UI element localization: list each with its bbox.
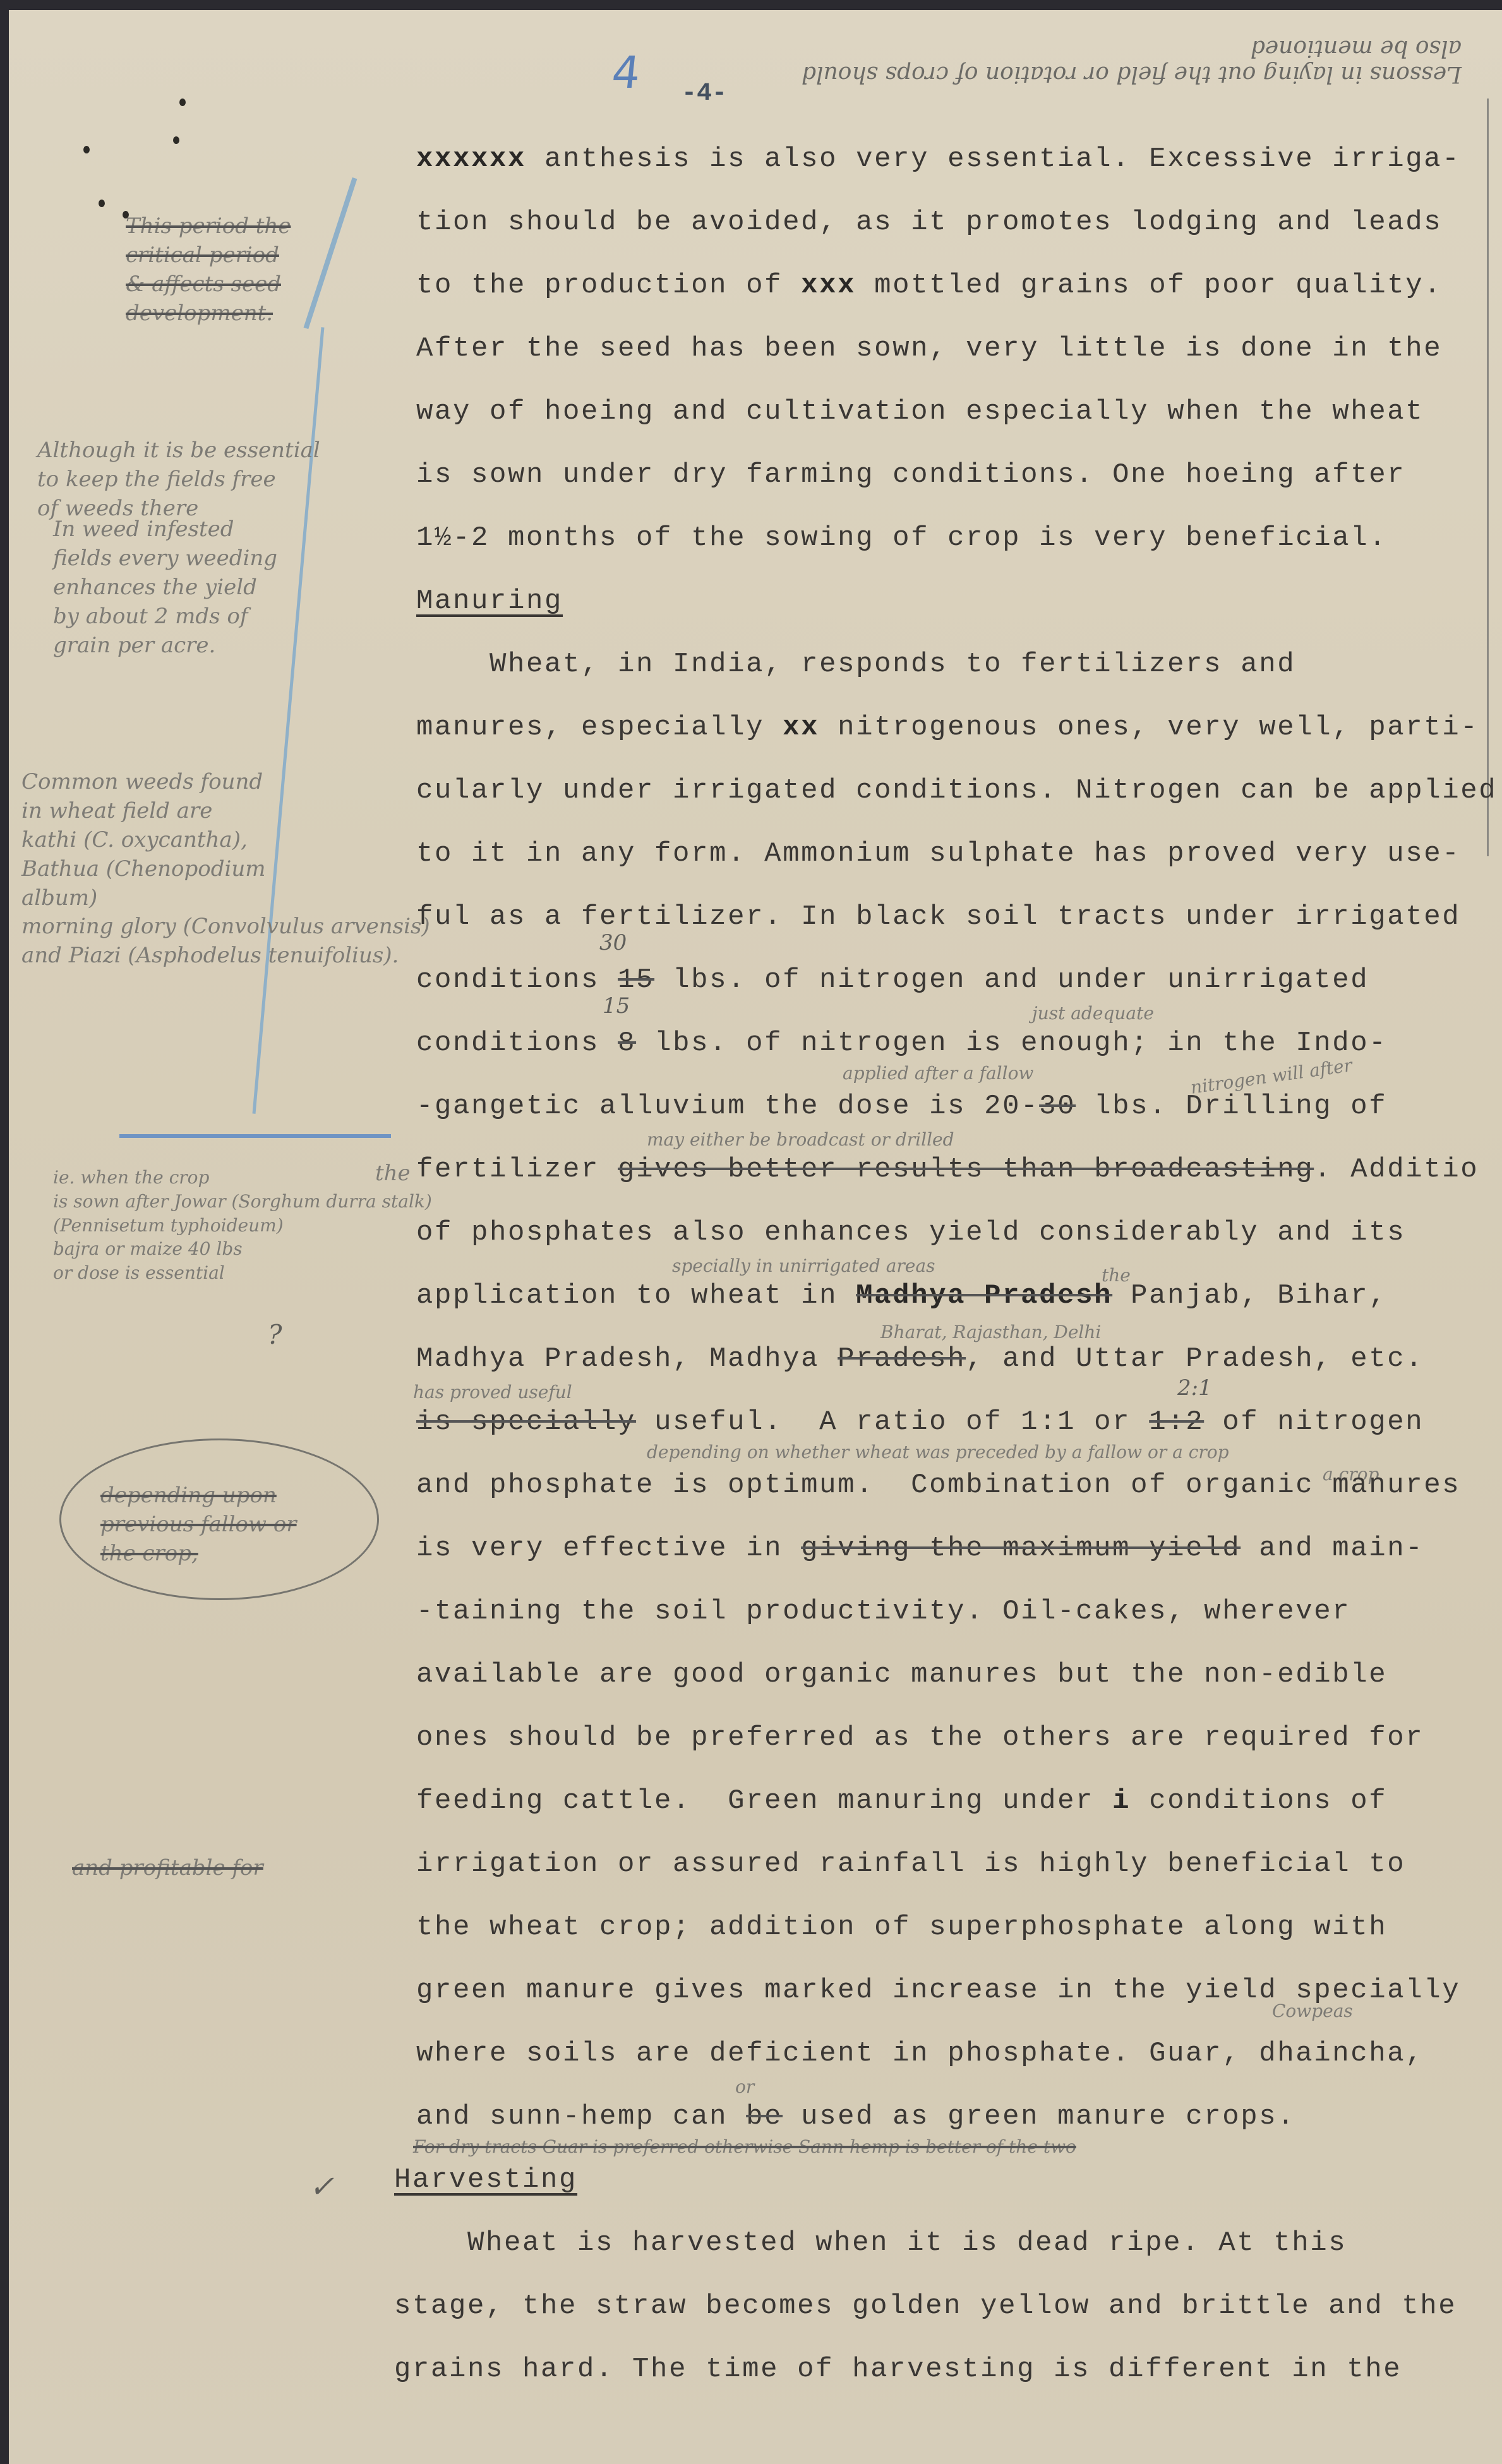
annotation-bharat-rajasthan-delhi: Bharat, Rajasthan, Delhi xyxy=(880,1320,1101,1344)
blue-pencil-line xyxy=(304,177,357,329)
typed-line: xxxxxx anthesis is also very essential. … xyxy=(416,145,1502,173)
margin-note-jowar-bajra: ie. when the crop is sown after Jowar (S… xyxy=(53,1166,432,1285)
typed-line: ones should be preferred as the others a… xyxy=(416,1724,1502,1752)
typed-line: Wheat is harvested when it is dead ripe.… xyxy=(394,2229,1481,2257)
typed-line: -gangetic alluvium the dose is 20-30 lbs… xyxy=(416,1092,1502,1120)
typed-line: is specially useful. A ratio of 1:1 or 1… xyxy=(416,1408,1502,1436)
typed-line: conditions 8 lbs. of nitrogen is enough;… xyxy=(416,1029,1502,1057)
typed-line: way of hoeing and cultivation especially… xyxy=(416,398,1502,426)
correction-30: 30 xyxy=(599,929,627,958)
annotation-broadcast-or-drilled: may either be broadcast or drilled xyxy=(647,1128,954,1152)
typed-line: to the production of xxx mottled grains … xyxy=(416,272,1502,299)
annotation-cowpeas: Cowpeas xyxy=(1272,1999,1353,2023)
punch-hole xyxy=(179,99,186,106)
punch-hole xyxy=(99,200,105,207)
typed-line: feeding cattle. Green manuring under i c… xyxy=(416,1787,1502,1815)
typed-line: ful as a fertilizer. In black soil tract… xyxy=(416,903,1502,931)
upside-down-annotation: Lessons in laying out the field or rotat… xyxy=(754,35,1462,87)
typed-line: cularly under irrigated conditions. Nitr… xyxy=(416,777,1502,804)
annotation-just-adequate: just adequate xyxy=(1032,1002,1154,1026)
margin-note-weed-infested: In weed infested fields every weeding en… xyxy=(53,515,277,660)
typed-line: application to wheat in Madhya Pradesh P… xyxy=(416,1282,1502,1310)
typed-line: grains hard. The time of harvesting is d… xyxy=(394,2355,1481,2383)
typed-line: available are good organic manures but t… xyxy=(416,1661,1502,1689)
typed-line: tion should be avoided, as it promotes l… xyxy=(416,208,1502,236)
typed-line: After the seed has been sown, very littl… xyxy=(416,335,1502,362)
correction-2-1: 2:1 xyxy=(1177,1374,1212,1403)
correction-15: 15 xyxy=(603,992,630,1021)
typed-line: to it in any form. Ammonium sulphate has… xyxy=(416,840,1502,868)
typed-line: and phosphate is optimum. Combination of… xyxy=(416,1471,1502,1499)
typed-line: Wheat, in India, responds to fertilizers… xyxy=(416,650,1502,678)
section-heading-harvesting: Harvesting xyxy=(394,2166,1481,2194)
typed-line: 1½-2 months of the sowing of crop is ver… xyxy=(416,524,1502,552)
margin-note-critical-period: This period the critical period & affect… xyxy=(126,212,291,328)
margin-note-common-weeds: Common weeds found in wheat field are ka… xyxy=(21,768,430,971)
typed-line: fertilizer gives better results than bro… xyxy=(416,1156,1502,1183)
typed-line: stage, the straw becomes golden yellow a… xyxy=(394,2292,1481,2320)
typed-line: irrigation or assured rainfall is highly… xyxy=(416,1850,1502,1878)
annotation-unirrigated-areas: specially in unirrigated areas xyxy=(672,1254,935,1278)
typed-line: the wheat crop; addition of superphospha… xyxy=(416,1913,1502,1941)
blue-underline xyxy=(119,1134,391,1138)
typed-line: -taining the soil productivity. Oil-cake… xyxy=(416,1598,1502,1625)
typed-line: where soils are deficient in phosphate. … xyxy=(416,2040,1502,2067)
query-mark: ? xyxy=(268,1317,282,1353)
section-heading-manuring: Manuring xyxy=(416,587,1502,615)
typed-line: of phosphates also enhances yield consid… xyxy=(416,1219,1502,1247)
typed-line: manures, especially xx nitrogenous ones,… xyxy=(416,714,1502,741)
annotation-has-proved-useful: has proved useful xyxy=(413,1380,572,1404)
page-number-blue: 4 xyxy=(610,47,643,99)
typed-line: conditions 15 lbs. of nitrogen and under… xyxy=(416,966,1502,994)
page-number-typed: -4- xyxy=(682,80,727,108)
margin-note-weeds-free: Although it is be essential to keep the … xyxy=(37,436,320,523)
punch-hole xyxy=(173,136,179,144)
margin-note-depending-upon: depending upon previous fallow or the cr… xyxy=(100,1481,297,1569)
annotation-or: or xyxy=(735,2075,754,2099)
annotation-applied-after-fallow: applied after a fallow xyxy=(843,1062,1033,1085)
punch-hole xyxy=(83,146,90,153)
annotation-depending-fallow-or-crop: depending on whether wheat was preceded … xyxy=(647,1440,1229,1464)
document-page: 4 -4- Lessons in laying out the field or… xyxy=(9,10,1502,2464)
typed-line: is very effective in giving the maximum … xyxy=(416,1534,1502,1562)
annotation-dry-tracts-struck: For dry tracts Guar is preferred otherwi… xyxy=(413,2135,1455,2159)
typed-line: is sown under dry farming conditions. On… xyxy=(416,461,1502,489)
typed-line: Madhya Pradesh, Madhya Pradesh, and Utta… xyxy=(416,1345,1502,1373)
typed-line: and sunn-hemp can be used as green manur… xyxy=(416,2103,1502,2131)
margin-note-profitable: and profitable for xyxy=(72,1854,263,1883)
check-mark: ✓ xyxy=(309,2167,334,2208)
